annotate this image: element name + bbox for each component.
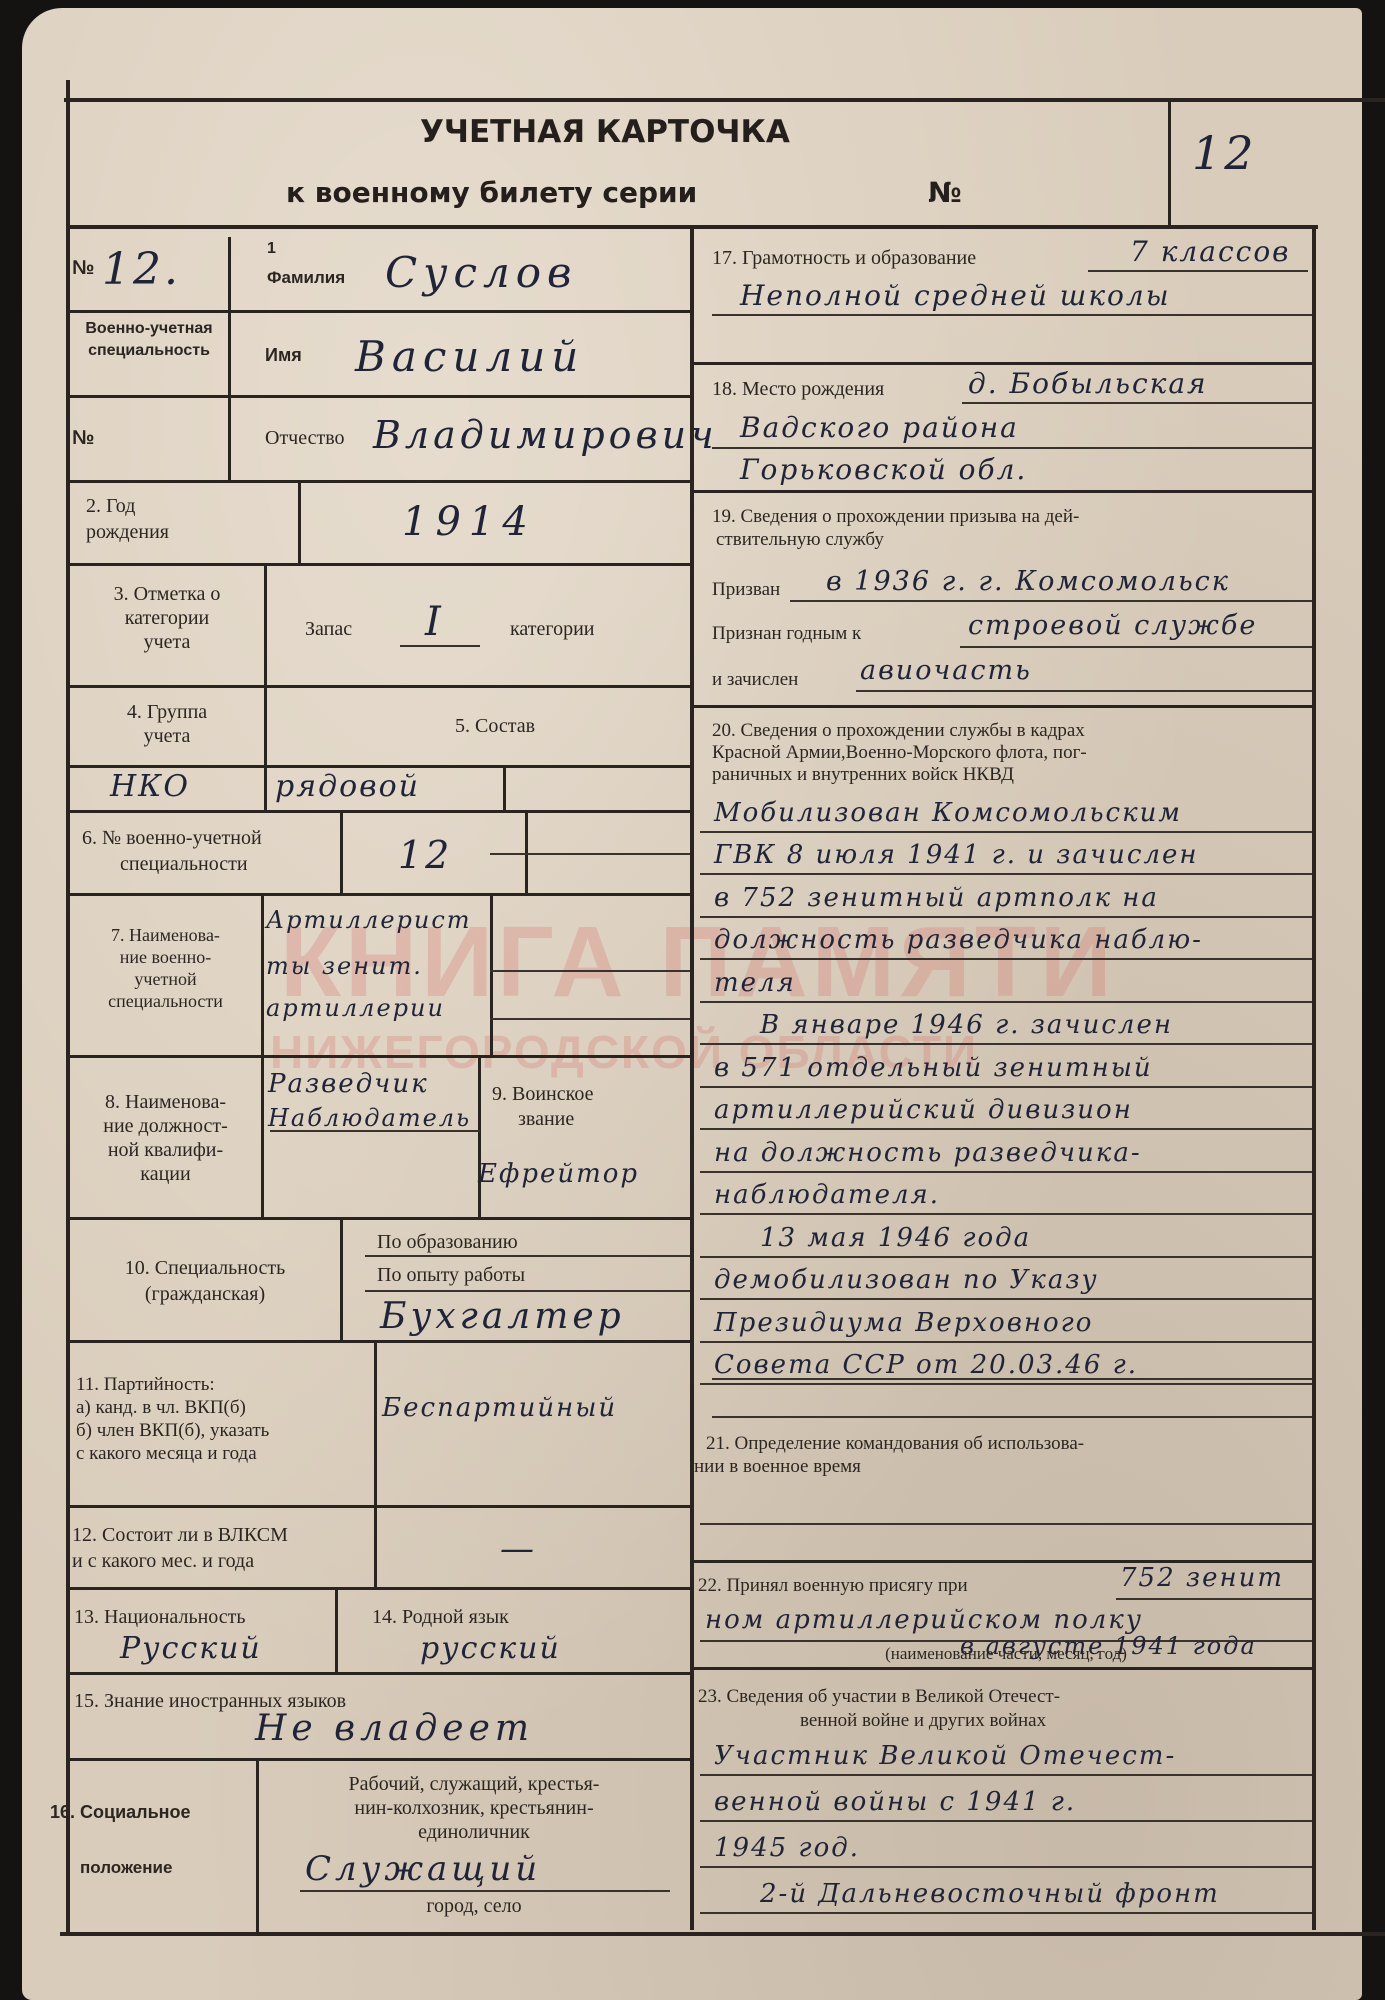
fit-label: Признан годным к <box>712 622 861 646</box>
field-17-label: 17. Грамотность и образование <box>712 246 976 270</box>
handwritten-line: артиллерийский дивизион <box>700 1088 1312 1131</box>
vus-label: Военно-учетная специальность <box>70 318 228 362</box>
field-9-label: 9. Воинское <box>492 1082 593 1106</box>
by-education-label: По образованию <box>377 1230 518 1254</box>
card-subtitle: к военному билету серии <box>286 176 697 209</box>
field-3-label-2: категории <box>70 606 264 630</box>
frame-bottom-line <box>60 1932 1385 1936</box>
field-12-label-2: и с какого мес. и года <box>72 1549 254 1573</box>
row-line <box>68 310 690 313</box>
vus-number-value: 12 <box>398 836 452 874</box>
handwritten-text: ГВК 8 июля 1941 г. и зачислен <box>714 839 1199 871</box>
row-line <box>68 1587 690 1590</box>
field-2-label: 2. Год <box>86 494 135 518</box>
field-11-label-3: б) член ВКП(б), указать <box>76 1419 269 1442</box>
col-line <box>335 1589 338 1672</box>
handwritten-text: 2-й Дальневосточный фронт <box>760 1878 1220 1910</box>
field-underline <box>490 853 690 855</box>
handwritten-line: Мобилизован Комсомольским <box>700 790 1312 833</box>
social-options-1: Рабочий, служащий, крестья- <box>258 1772 690 1796</box>
civil-specialty-value: Бухгалтер <box>380 1298 625 1336</box>
surname-label: Фамилия <box>267 266 345 290</box>
field-underline <box>960 646 1312 648</box>
city-village-caption: город, село <box>258 1894 690 1918</box>
field-16-label: 16. Социальное <box>50 1800 191 1824</box>
field-underline <box>490 1018 690 1020</box>
field-4-label-2: учета <box>70 724 264 748</box>
drafted-label: Призван <box>712 578 780 602</box>
field-underline <box>712 1416 1312 1418</box>
handwritten-text: артиллерийский дивизион <box>714 1094 1133 1126</box>
handwritten-text: демобилизован по Указу <box>714 1264 1099 1296</box>
handwritten-text: Мобилизован Комсомольским <box>714 797 1182 829</box>
social-status-value: Служащий <box>305 1850 541 1888</box>
handwritten-line: теля <box>700 960 1312 1003</box>
handwritten-line: Президиума Верховного <box>700 1300 1312 1343</box>
surname-value: Суслов <box>385 250 578 296</box>
col-line <box>228 237 231 395</box>
field-16-label-2: положение <box>80 1856 172 1880</box>
handwritten-line: ГВК 8 июля 1941 г. и зачислен <box>700 833 1312 876</box>
handwritten-text: наблюдателя. <box>714 1179 940 1211</box>
name-value: Василий <box>355 334 584 380</box>
field-23-label: 23. Сведения об участии в Великой Отечес… <box>698 1686 1060 1708</box>
field-underline <box>300 1890 670 1892</box>
nationality-value: Русский <box>120 1630 262 1668</box>
series-number-sign: № <box>928 176 962 209</box>
header-bottom-line <box>68 225 1318 229</box>
field-9-label-2: звание <box>518 1107 574 1131</box>
field-underline <box>365 1255 690 1257</box>
col-line <box>264 565 267 685</box>
komsomol-value: — <box>500 1530 537 1568</box>
handwritten-text: должность разведчика наблю- <box>714 924 1203 956</box>
foreign-languages-value: Не владеет <box>255 1710 534 1748</box>
field-21-label: 21. Определение командования об использо… <box>706 1433 1084 1455</box>
field-21-label-2: нии в военное время <box>694 1456 861 1478</box>
handwritten-text: Президиума Верховного <box>714 1307 1093 1339</box>
center-divider <box>690 228 694 1930</box>
handwritten-line: 1945 год. <box>700 1822 1312 1868</box>
position-value-1: Разведчик <box>268 1068 429 1100</box>
field-underline <box>1116 1598 1312 1600</box>
field-underline <box>365 1290 690 1292</box>
field-6-label: 6. № военно-учетной <box>82 826 262 850</box>
handwritten-text: Участник Великой Отечест- <box>714 1740 1176 1772</box>
field-4-label: 4. Группа <box>70 700 264 724</box>
handwritten-line: в 571 отдельный зенитный <box>700 1045 1312 1088</box>
no-label: № <box>72 256 94 280</box>
col-line <box>264 688 267 765</box>
social-options-2: нин-колхозник, крестьянин- <box>258 1796 690 1820</box>
handwritten-text: в 571 отдельный зенитный <box>714 1052 1153 1084</box>
rank-value: Ефрейтор <box>478 1158 639 1190</box>
field-18-label: 18. Место рождения <box>712 377 884 401</box>
field-underline <box>712 1378 1312 1380</box>
col-line <box>374 1507 377 1587</box>
handwritten-text: венной войны с 1941 г. <box>714 1786 1076 1818</box>
field-5-label: 5. Состав <box>455 714 535 738</box>
vus-name-value-1: Артиллерист <box>266 904 472 936</box>
field-underline <box>712 447 1312 449</box>
reserve-underline <box>400 645 480 647</box>
education-value-1: 7 классов <box>1130 236 1290 268</box>
handwritten-line: Участник Великой Отечест- <box>700 1730 1312 1776</box>
education-value-2: Неполной средней школы <box>740 280 1171 312</box>
native-language-value: русский <box>420 1630 561 1668</box>
by-experience-label: По опыту работы <box>377 1263 525 1287</box>
field-6-label-2: специальности <box>120 852 248 876</box>
birthplace-value-1: д. Бобыльская <box>968 368 1208 400</box>
row-line <box>68 893 690 896</box>
col-line <box>503 767 506 810</box>
handwritten-line: в 752 зенитный артполк на <box>700 875 1312 918</box>
composition-value: рядовой <box>275 768 420 806</box>
social-options-3: единоличник <box>258 1820 690 1844</box>
field-underline <box>856 690 1312 692</box>
card-number-value: 12 <box>1192 128 1257 178</box>
field-13-label: 13. Национальность <box>74 1605 246 1629</box>
field-underline <box>1088 270 1308 272</box>
vus-no-label: № <box>72 426 94 450</box>
handwritten-line: венной войны с 1941 г. <box>700 1776 1312 1822</box>
col-line <box>264 765 267 810</box>
birthplace-value-3: Горьковской обл. <box>740 454 1027 486</box>
field-8-label-2: ние должност- <box>70 1114 261 1138</box>
field-22-label: 22. Принял военную присягу при <box>698 1574 968 1598</box>
field-12-label: 12. Состоит ли в ВЛКСМ <box>72 1523 288 1547</box>
oath-value-1: 752 зенит <box>1120 1562 1284 1594</box>
handwritten-text: в 752 зенитный артполк на <box>714 882 1159 914</box>
row-line <box>68 563 690 566</box>
fit-value: строевой службе <box>968 610 1257 642</box>
field-1-number: 1 <box>267 240 276 258</box>
number-box-divider <box>1168 100 1171 226</box>
col-line <box>340 1219 343 1340</box>
col-line <box>261 895 264 1055</box>
col-line <box>478 1057 481 1217</box>
field-underline <box>962 402 1312 404</box>
col-line <box>490 895 493 1055</box>
field-11-label-4: с какого месяца и года <box>76 1442 257 1465</box>
field-10-label: 10. Специальность <box>70 1256 340 1280</box>
handwritten-line: В январе 1946 г. зачислен <box>700 1003 1312 1046</box>
row-line <box>68 395 690 398</box>
field-23-label-2: венной войне и других войнах <box>800 1710 1046 1732</box>
handwritten-line: наблюдателя. <box>700 1173 1312 1216</box>
patronymic-value: Владимирович <box>373 414 718 456</box>
field-11-label-2: а) канд. в чл. ВКП(б) <box>76 1396 246 1419</box>
position-value-2: Наблюдатель <box>268 1102 471 1134</box>
row-line <box>68 480 690 483</box>
row-line <box>694 1667 1312 1670</box>
handwritten-line: 2-й Дальневосточный фронт <box>700 1868 1312 1914</box>
field-19-label: 19. Сведения о прохождении призыва на де… <box>712 505 1079 529</box>
col-line <box>261 1057 264 1217</box>
frame-top-line <box>64 98 1385 102</box>
field-11-label: 11. Партийность: <box>76 1373 215 1396</box>
vus-name-value-2: ты зенит. <box>266 950 423 982</box>
field-3-label-3: учета <box>70 630 264 654</box>
enlisted-label: и зачислен <box>712 668 798 692</box>
row-line <box>68 1758 690 1761</box>
row-line <box>694 705 1312 708</box>
row-line <box>68 1340 690 1343</box>
row-line <box>68 1055 690 1058</box>
field-2-label-2: рождения <box>86 520 169 544</box>
drafted-value: в 1936 г. г. Комсомольск <box>826 566 1230 598</box>
field-3-label: 3. Отметка о <box>70 582 264 606</box>
field-underline <box>490 970 690 972</box>
frame-right-line <box>1312 225 1316 1930</box>
name-label: Имя <box>265 343 302 367</box>
field-19-label-2: ствительную службу <box>716 528 884 552</box>
oath-value-3: в августе 1941 года <box>960 1630 1257 1662</box>
field-8-label-4: кации <box>70 1162 261 1186</box>
service-record-lines: Мобилизован КомсомольскимГВК 8 июля 1941… <box>700 790 1312 1385</box>
birth-year-value: 1914 <box>402 500 536 544</box>
vus-name-value-3: артиллерии <box>266 992 445 1024</box>
handwritten-line: 13 мая 1946 года <box>700 1215 1312 1258</box>
card-title: УЧЕТНАЯ КАРТОЧКА <box>420 114 790 150</box>
category-label: категории <box>510 617 595 641</box>
field-underline <box>790 600 1312 602</box>
group-value: НКО <box>110 768 190 806</box>
col-line <box>298 482 301 564</box>
field-7-label-2: ние военно- <box>70 946 261 968</box>
handwritten-text: В январе 1946 г. зачислен <box>760 1009 1173 1041</box>
birthplace-value-2: Вадского района <box>740 412 1019 444</box>
field-8-label: 8. Наименова- <box>70 1090 261 1114</box>
col-line <box>228 398 231 480</box>
field-7-label-4: специальности <box>70 990 261 1012</box>
field-7-label: 7. Наименова- <box>70 924 261 946</box>
field-20-label-2: Красной Армии,Военно-Морского флота, пог… <box>712 742 1087 764</box>
reserve-category-value: I <box>425 600 444 644</box>
handwritten-text: 13 мая 1946 года <box>760 1222 1031 1254</box>
patronymic-label: Отчество <box>265 426 345 450</box>
row-line <box>68 1217 690 1220</box>
handwritten-text: на должность разведчика- <box>714 1137 1142 1169</box>
field-underline <box>712 314 1312 316</box>
enlisted-value: авиочасть <box>860 655 1032 687</box>
row-line <box>694 490 1312 493</box>
col-line <box>374 1342 377 1505</box>
registration-number-value: 12. <box>102 246 181 294</box>
handwritten-line: на должность разведчика- <box>700 1130 1312 1173</box>
row-line <box>68 1505 690 1508</box>
row-line <box>68 1672 690 1675</box>
reserve-label: Запас <box>305 617 352 641</box>
party-value: Беспартийный <box>382 1392 617 1424</box>
handwritten-text: 1945 год. <box>714 1832 860 1864</box>
field-8-label-3: ной квалифи- <box>70 1138 261 1162</box>
field-10-label-2: (гражданская) <box>70 1282 340 1306</box>
row-line <box>694 362 1312 365</box>
field-20-label-3: раничных и внутренних войск НКВД <box>712 764 1014 786</box>
col-line <box>340 812 343 894</box>
field-7-label-3: учетной <box>70 968 261 990</box>
row-line <box>68 810 690 813</box>
field-20-label: 20. Сведения о прохождении службы в кадр… <box>712 720 1085 742</box>
war-participation-lines: Участник Великой Отечест-венной войны с … <box>700 1730 1312 1914</box>
handwritten-line: должность разведчика наблю- <box>700 918 1312 961</box>
field-underline <box>700 1523 1312 1525</box>
row-line <box>68 685 690 688</box>
handwritten-text: теля <box>714 967 796 999</box>
handwritten-text: Совета ССР от 20.03.46 г. <box>714 1349 1138 1381</box>
handwritten-line: демобилизован по Указу <box>700 1258 1312 1301</box>
field-14-label: 14. Родной язык <box>372 1605 509 1629</box>
